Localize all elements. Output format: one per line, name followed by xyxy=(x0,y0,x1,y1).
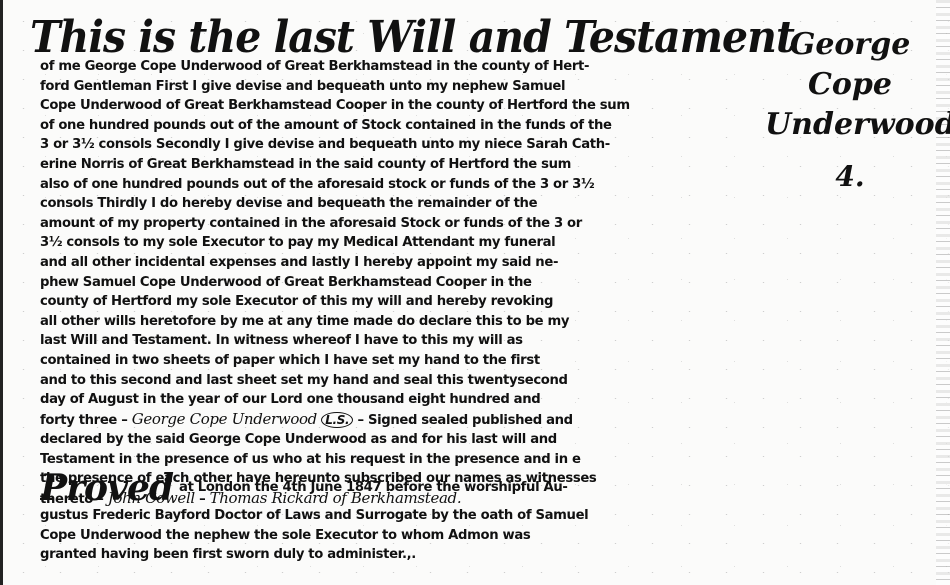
probate-line: at London the 4th June 1847 before the w… xyxy=(179,480,567,495)
page-right-edge xyxy=(936,0,950,585)
probate-line: Cope Underwood the nephew the sole Execu… xyxy=(40,526,752,546)
seal-mark: L.S. xyxy=(321,412,353,428)
body-line: all other wills heretofore by me at any … xyxy=(40,312,752,332)
body-line: Cope Underwood of Great Berkhamstead Coo… xyxy=(40,96,752,116)
probate-line: gustus Frederic Bayford Doctor of Laws a… xyxy=(40,506,752,526)
margin-name-line: George xyxy=(765,25,935,65)
margin-name-line: Underwood xyxy=(765,105,935,145)
after-signature-text: – Signed sealed published and xyxy=(357,413,572,428)
body-line: 3 or 3½ consols Secondly I give devise a… xyxy=(40,135,752,155)
body-line: county of Hertford my sole Executor of t… xyxy=(40,292,752,312)
body-line: declared by the said George Cope Underwo… xyxy=(40,430,752,450)
proved-heading: Proved xyxy=(40,470,173,506)
body-line: ford Gentleman First I give devise and b… xyxy=(40,77,752,97)
body-line: also of one hundred pounds out of the af… xyxy=(40,175,752,195)
margin-name-line: Cope xyxy=(765,65,935,105)
testator-signature: George Cope Underwood xyxy=(132,410,317,428)
body-line: forty three – xyxy=(40,413,128,428)
body-line: and to this second and last sheet set my… xyxy=(40,371,752,391)
probate-first-line: Provedat London the 4th June 1847 before… xyxy=(40,470,752,506)
body-line: last Will and Testament. In witness wher… xyxy=(40,331,752,351)
body-line: day of August in the year of our Lord on… xyxy=(40,390,752,410)
body-line: consols Thirdly I do hereby devise and b… xyxy=(40,194,752,214)
body-line: Testament in the presence of us who at h… xyxy=(40,450,752,470)
body-line: erine Norris of Great Berkhamstead in th… xyxy=(40,155,752,175)
body-line: contained in two sheets of paper which I… xyxy=(40,351,752,371)
will-body: of me George Cope Underwood of Great Ber… xyxy=(40,57,752,510)
body-line: 3½ consols to my sole Executor to pay my… xyxy=(40,233,752,253)
body-line: of one hundred pounds out of the amount … xyxy=(40,116,752,136)
body-line: of me George Cope Underwood of Great Ber… xyxy=(40,57,752,77)
body-line: and all other incidental expenses and la… xyxy=(40,253,752,273)
probate-clause: Provedat London the 4th June 1847 before… xyxy=(40,470,752,565)
probate-line: granted having been first sworn duly to … xyxy=(40,545,752,565)
margin-number: 4. xyxy=(765,157,935,197)
margin-annotation: George Cope Underwood 4. xyxy=(765,25,935,197)
page-left-edge xyxy=(0,0,3,585)
signature-line: forty three – George Cope Underwood L.S.… xyxy=(40,410,752,431)
body-line: amount of my property contained in the a… xyxy=(40,214,752,234)
body-line: phew Samuel Cope Underwood of Great Berk… xyxy=(40,273,752,293)
